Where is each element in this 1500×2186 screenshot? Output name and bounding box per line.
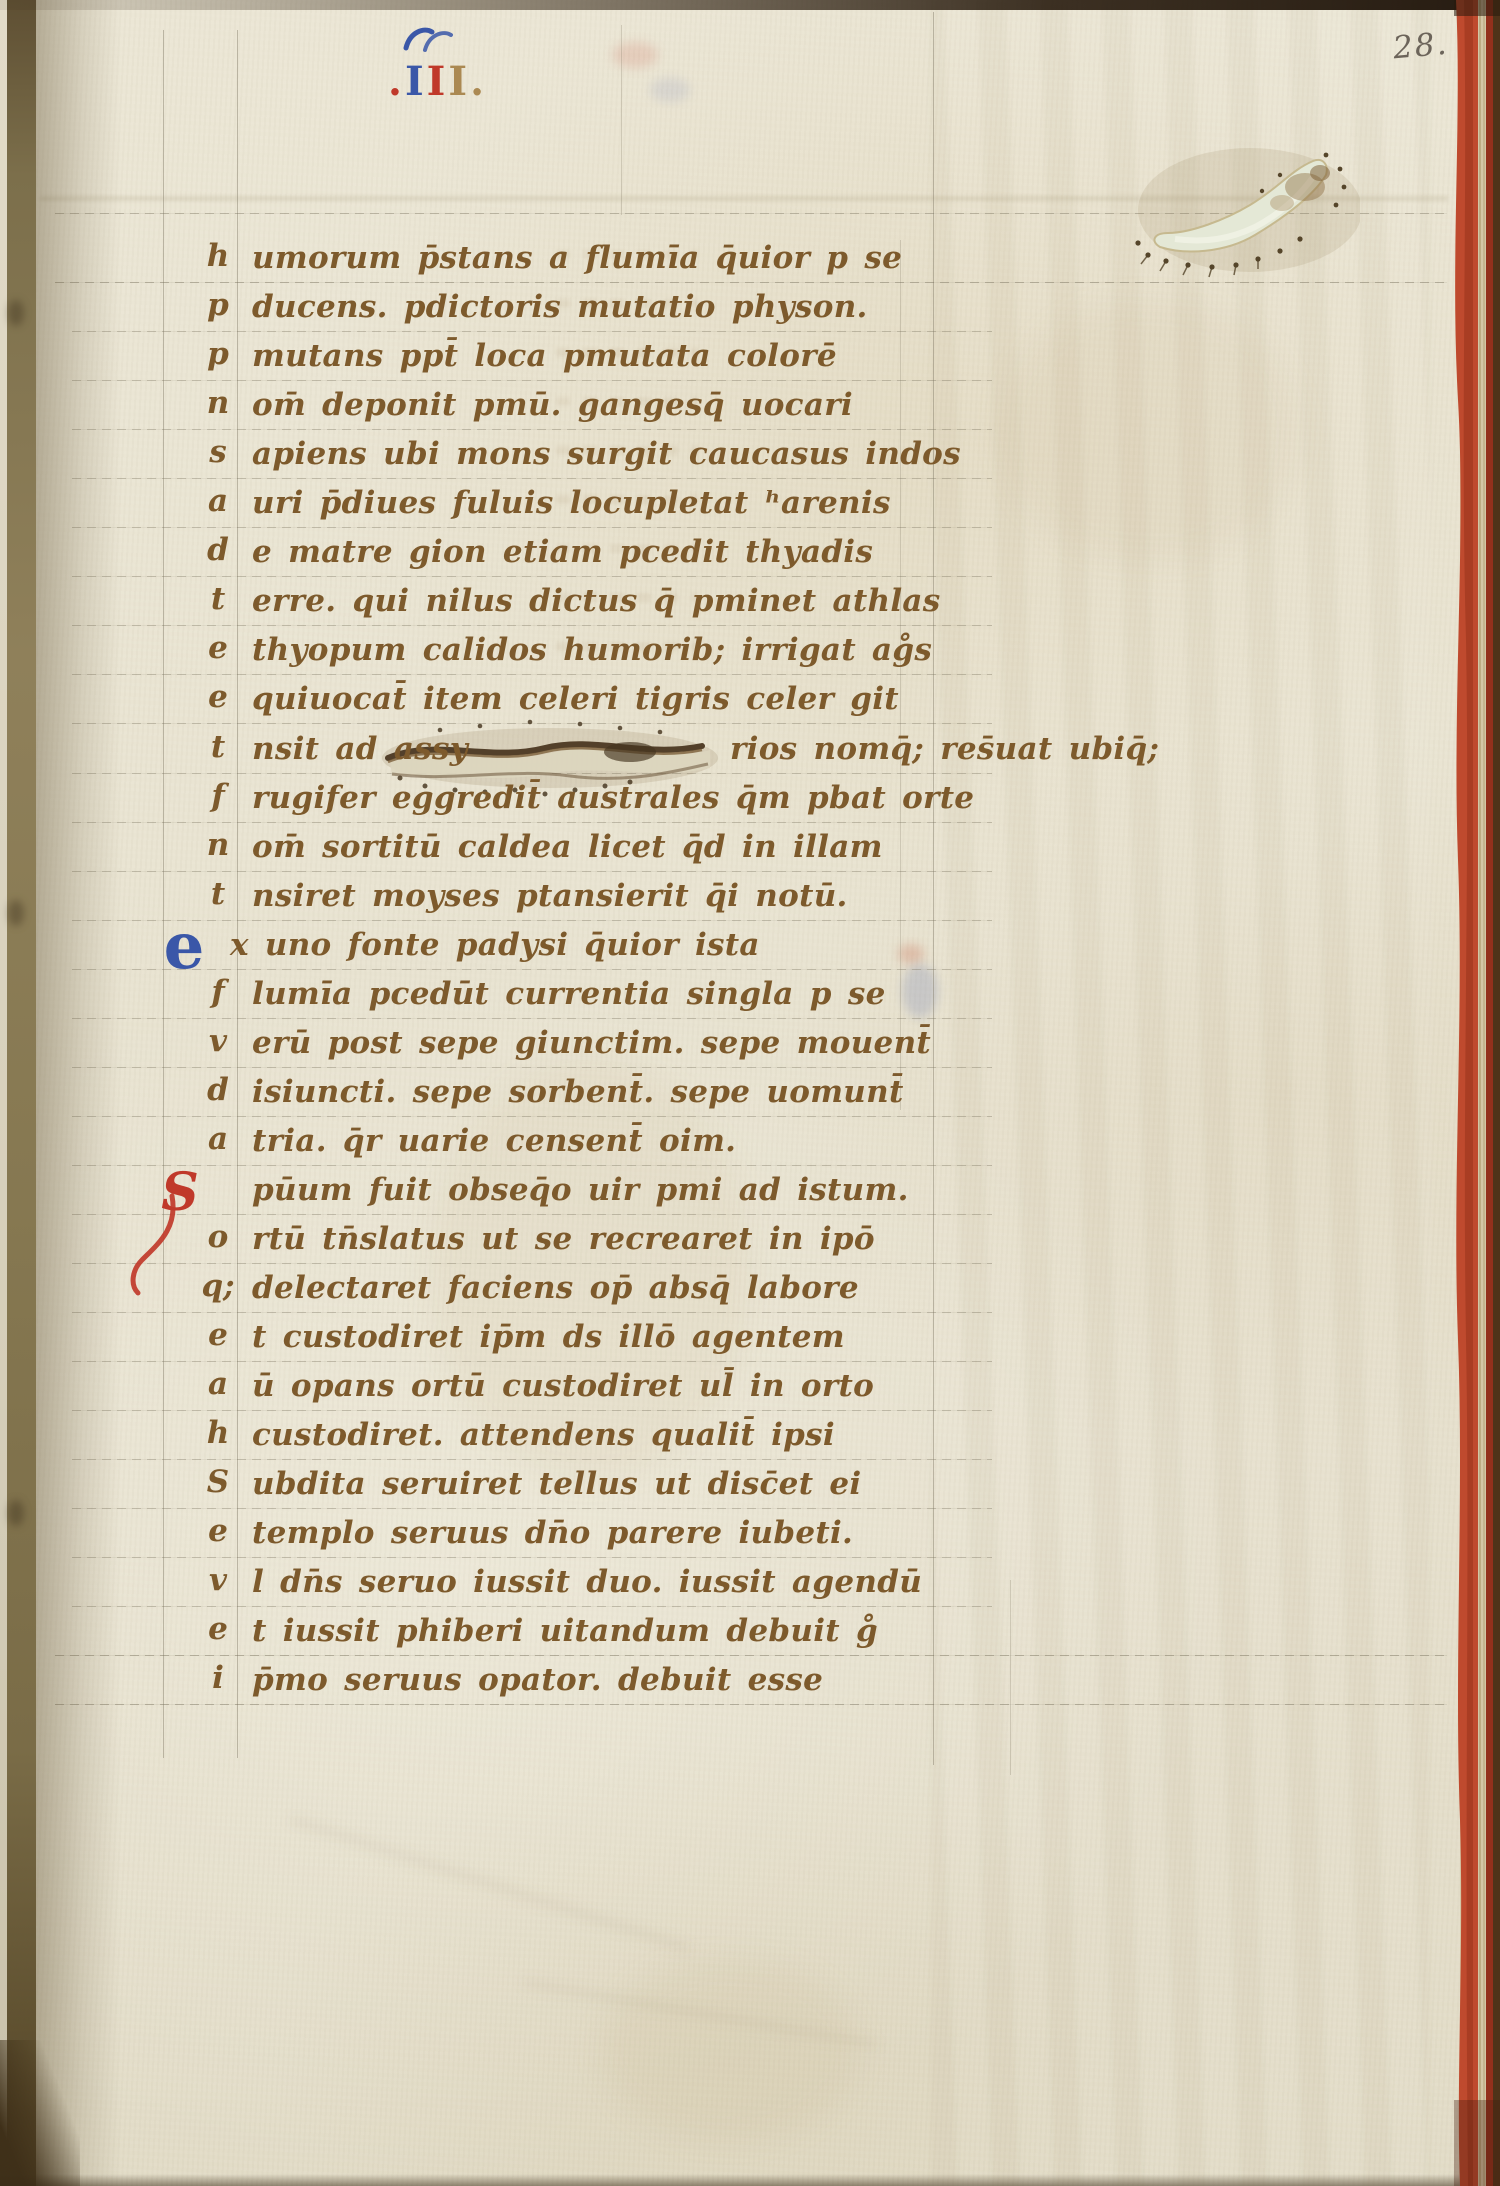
- bottom-edge-shadow: [0, 2174, 1500, 2186]
- red-fore-edge: [1440, 0, 1500, 2186]
- sewing-mark: [8, 900, 24, 926]
- verse-initial: a: [196, 1366, 240, 1402]
- verse-text: lumīa pcedūt currentia singla p se: [252, 974, 886, 1014]
- heading-ghost-blue: [650, 78, 690, 102]
- ruling-line-horizontal: [72, 380, 992, 381]
- verse-initial: p: [196, 336, 240, 372]
- manuscript-page: .III. 28.: [0, 0, 1500, 2186]
- ruling-line-horizontal: [72, 1263, 992, 1264]
- verse-text: pūum fuit obseq̄o uir pmi ad istum.: [252, 1170, 909, 1210]
- verse-initial: t: [196, 581, 240, 617]
- ruling-line-vertical: [163, 30, 164, 1758]
- verse-text: nsit ad assy: [252, 729, 468, 769]
- ruling-line-vertical: [621, 25, 622, 215]
- ruling-line-horizontal: [72, 1459, 992, 1460]
- sewing-mark: [8, 1500, 24, 1526]
- verse-initial: a: [196, 1121, 240, 1157]
- verse-initial: t: [196, 876, 240, 912]
- verse-text: om̄ sortitū caldea licet q̄d in illam: [252, 827, 883, 867]
- heading-char: I: [427, 58, 449, 105]
- verse-initial: a: [196, 483, 240, 519]
- verse-text: thyopum calidos humorib; irrigat ag̊s: [252, 630, 932, 670]
- ruling-line-horizontal: [55, 1704, 1447, 1705]
- top-board-edge: [0, 0, 1500, 10]
- ruling-line-horizontal: [72, 1606, 992, 1607]
- verse-initial: e: [196, 1611, 240, 1647]
- ruling-line-horizontal: [72, 576, 992, 577]
- verse-text: x uno fonte padysi q̄uior ista: [230, 925, 760, 965]
- verse-initial: E: [144, 909, 224, 984]
- ruling-line-horizontal: [72, 822, 992, 823]
- verse-text: t iussit phiberi uitandum debuit g̊: [252, 1611, 878, 1651]
- verse-initial: v: [196, 1023, 240, 1059]
- ruling-line-horizontal: [72, 429, 992, 430]
- ruling-line-horizontal: [72, 871, 992, 872]
- verse-initial: h: [196, 1415, 240, 1451]
- ruling-line-horizontal: [72, 1214, 992, 1215]
- verse-text: rugifer eggredit̄ australes q̄m pbat ort…: [252, 778, 974, 818]
- parchment-hole-repair: [1130, 135, 1360, 285]
- verse-text: delectaret faciens op̄ absq̄ labore: [252, 1268, 859, 1308]
- heading-ghost-red: [612, 42, 658, 68]
- verse-text: apiens ubi mons surgit caucasus indos: [252, 434, 961, 474]
- verse-text: mutans ppt̄ loca pmutata colorē: [252, 336, 837, 376]
- ruling-line-horizontal: [72, 625, 992, 626]
- verse-initial: e: [196, 679, 240, 715]
- chapter-number-heading: .III.: [388, 58, 487, 105]
- prev-leaf-edge: [0, 0, 7, 2186]
- verse-text: ū opans ortū custodiret ul̄ in orto: [252, 1366, 874, 1406]
- verse-initial: s: [196, 434, 240, 470]
- parchment-stain: [1000, 300, 1300, 560]
- verse-initial: i: [196, 1660, 240, 1696]
- parchment-stain: [600, 1960, 860, 2140]
- verse-initial: h: [196, 238, 240, 274]
- verse-text: isiuncti. sepe sorbent̄. sepe uomunt̄: [252, 1072, 904, 1112]
- verse-initial: f: [196, 974, 240, 1010]
- verse-initial: f: [196, 778, 240, 814]
- verse-text: custodiret. attendens qualit̄ ipsi: [252, 1415, 835, 1455]
- verse-text: tria. q̄r uarie censent̄ oim.: [252, 1121, 736, 1161]
- ruling-line-horizontal: [72, 1361, 992, 1362]
- verse-text: e matre gion etiam pcedit thyadis: [252, 532, 873, 572]
- heading-char: I: [448, 58, 470, 105]
- verse-initial: S: [196, 1464, 240, 1500]
- ruling-line-horizontal: [72, 1312, 992, 1313]
- verse-initial: t: [196, 729, 240, 765]
- verse-text: ubdita seruiret tellus ut disc̄et ei: [252, 1464, 862, 1504]
- verse-text: p̄mo seruus opator. debuit esse: [252, 1660, 823, 1700]
- ruling-line-horizontal: [72, 1018, 992, 1019]
- heading-char: .: [470, 58, 487, 105]
- verse-text: rtū tn̄slatus ut se recrearet in ipō: [252, 1219, 875, 1259]
- ruling-line-horizontal: [55, 1655, 1447, 1656]
- verse-initial: d: [196, 1072, 240, 1108]
- verse-text: t custodiret ip̄m ds illō agentem: [252, 1317, 845, 1357]
- ruling-line-vertical: [1010, 1580, 1011, 1775]
- gutter-shadow: [36, 0, 121, 2186]
- verse-initial: e: [196, 630, 240, 666]
- verse-initial: o: [196, 1219, 240, 1255]
- initial-ghost-red: [898, 944, 924, 964]
- ruling-line-horizontal: [72, 478, 992, 479]
- ruling-line-horizontal: [72, 1508, 992, 1509]
- ruling-line-vertical: [933, 12, 934, 1765]
- gutter-band: [7, 0, 36, 2186]
- ruling-line-horizontal: [72, 1410, 992, 1411]
- ruling-line-vertical: [900, 240, 901, 1110]
- verse-text: templo seruus dn̄o parere iubeti.: [252, 1513, 853, 1553]
- verse-text: quiuocat̄ item celeri tigris celer git: [252, 679, 899, 719]
- ruling-line-horizontal: [72, 331, 992, 332]
- verse-text-after-tear: rios nomq̄; res̄uat ubiq̄;: [730, 729, 1159, 769]
- verse-initial: e: [196, 1513, 240, 1549]
- heading-char: I: [405, 58, 427, 105]
- verse-initial: v: [196, 1562, 240, 1598]
- ruling-line-horizontal: [72, 1116, 992, 1117]
- verse-initial: q;: [196, 1268, 240, 1304]
- ruling-line-horizontal: [72, 1067, 992, 1068]
- verse-initial: d: [196, 532, 240, 568]
- heading-flourish: [398, 22, 458, 56]
- initial-s-flourish: [126, 1190, 196, 1300]
- ruling-line-horizontal: [72, 527, 992, 528]
- verse-text: nsiret moyses ptansierit q̄i notū.: [252, 876, 848, 916]
- verse-text: erū post sepe giunctim. sepe mouent̄: [252, 1023, 931, 1063]
- verse-text: erre. qui nilus dictus q̄ pminet athlas: [252, 581, 941, 621]
- verse-text: uri p̄diues fuluis locupletat ʰarenis: [252, 483, 891, 523]
- verse-initial: p: [196, 287, 240, 323]
- diagonal-crease: [289, 1815, 691, 1952]
- verse-text: ducens. pdictoris mutatio physon.: [252, 287, 868, 327]
- sewing-mark: [8, 300, 24, 326]
- verse-initial: e: [196, 1317, 240, 1353]
- heading-char: .: [388, 58, 405, 105]
- verse-initial: n: [196, 827, 240, 863]
- ruling-line-horizontal: [72, 1165, 992, 1166]
- bottom-left-binding-corner: [0, 2040, 80, 2186]
- ruling-line-horizontal: [72, 674, 992, 675]
- verse-text: umorum p̄stans a flumīa q̄uior p se: [252, 238, 902, 278]
- verse-text: om̄ deponit pmū. gangesq̄ uocari: [252, 385, 853, 425]
- verse-initial: n: [196, 385, 240, 421]
- ruling-line-horizontal: [72, 1557, 992, 1558]
- verse-text: l dn̄s seruo iussit duo. iussit agendū: [252, 1562, 922, 1602]
